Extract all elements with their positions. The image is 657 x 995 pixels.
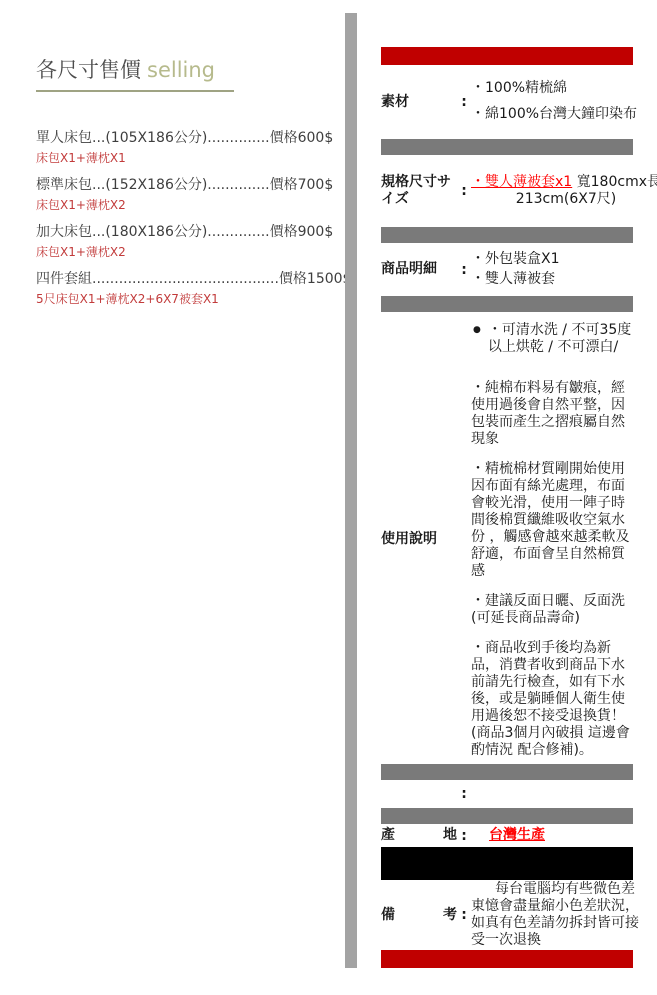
usage-list-item: ● ・可清水洗 / 不可35度以上烘乾 / 不可漂白/ <box>473 322 633 356</box>
price-item-set: 四件套組....................................… <box>36 270 341 307</box>
pricing-title-zh: 各尺寸售價 <box>36 58 141 82</box>
price-main: 標準床包...(152X186公分)..............價格700$ <box>36 176 341 195</box>
price-item-single: 單人床包...(105X186公分)..............價格600$ 床… <box>36 129 341 166</box>
usage-paragraph: ・純棉布料易有皺痕，經使用過後會自然平整，因包裝而產生之摺痕屬自然現象 <box>471 380 633 448</box>
spec-label-usage: 使用說明 <box>381 531 457 548</box>
price-list: 單人床包...(105X186公分)..............價格600$ 床… <box>36 129 341 307</box>
bullet-dot-icon: ● <box>473 322 481 356</box>
size-rest: 寬180cmx長 <box>572 174 657 190</box>
colon: : <box>457 94 471 110</box>
pricing-title: 各尺寸售價selling <box>36 57 341 83</box>
price-main: 四件套組....................................… <box>36 270 341 289</box>
vertical-divider-strip <box>345 13 357 968</box>
pricing-title-accent: selling <box>147 58 215 82</box>
usage-text: ・可清水洗 / 不可35度以上烘乾 / 不可漂白/ <box>488 322 633 356</box>
price-item-standard: 標準床包...(152X186公分)..............價格700$ 床… <box>36 176 341 213</box>
title-underline <box>36 90 234 92</box>
price-contents: 床包X1+薄枕X2 <box>36 244 341 260</box>
size-line: 213cm(6X7尺) <box>471 191 657 208</box>
material-item: ・100%精梳綿 <box>471 80 648 97</box>
colon: : <box>457 262 471 278</box>
colon: : <box>457 786 471 802</box>
usage-paragraph: ・商品收到手後均為新品，消費者收到商品下水前請先行檢查，如有下水後，或是躺睡個人… <box>471 640 633 759</box>
spec-row-size: 規格尺寸サイズ : ・雙人薄被套x1 寬180cmx長 213cm(6X7尺) <box>381 155 633 227</box>
colon: : <box>457 907 471 923</box>
separator-bar <box>381 808 633 824</box>
spec-value-usage: ● ・可清水洗 / 不可35度以上烘乾 / 不可漂白/ ・純棉布料易有皺痕，經使… <box>471 320 633 759</box>
spec-value-origin: 台灣生產 <box>471 827 648 844</box>
spec-row-empty: : <box>381 780 633 808</box>
price-item-large: 加大床包...(180X186公分)..............價格900$ 床… <box>36 223 341 260</box>
spec-label-size: 規格尺寸サイズ <box>381 174 457 208</box>
details-item: ・雙人薄被套 <box>471 271 648 288</box>
separator-bar <box>381 764 633 780</box>
spec-value-size: ・雙人薄被套x1 寬180cmx長 213cm(6X7尺) <box>471 174 657 208</box>
separator-bar <box>381 227 633 243</box>
usage-paragraph: ・建議反面日曬、反面洗(可延長商品壽命) <box>471 593 633 627</box>
separator-bar <box>381 296 633 312</box>
spec-value-remark: 每台電腦均有些微色差東憶會盡量縮小色差狀況，如真有色差請勿拆封皆可接受一次退換 <box>471 881 648 949</box>
spec-label-details: 商品明細 <box>381 261 457 278</box>
bottom-red-bar <box>381 950 633 968</box>
material-item: ・綿100%台灣大鐘印染布 <box>471 106 648 123</box>
pricing-section: 各尺寸售價selling 單人床包...(105X186公分).........… <box>36 57 341 317</box>
spec-row-remark: 備 考 : 每台電腦均有些微色差東憶會盡量縮小色差狀況，如真有色差請勿拆封皆可接… <box>381 880 633 950</box>
separator-bar <box>381 139 633 155</box>
usage-paragraph: ・精梳棉材質剛開始使用因布面有絲光處理，布面會較光滑，使用一陣子時間後棉質纖維吸… <box>471 461 633 580</box>
price-contents: 床包X1+薄枕X1 <box>36 150 341 166</box>
price-contents: 5尺床包X1+薄枕X2+6X7被套X1 <box>36 291 341 307</box>
price-contents: 床包X1+薄枕X2 <box>36 197 341 213</box>
spec-label-material: 素材 <box>381 94 457 111</box>
spec-value-material: ・100%精梳綿 ・綿100%台灣大鐘印染布 <box>471 72 648 132</box>
spec-table: 素材 : ・100%精梳綿 ・綿100%台灣大鐘印染布 規格尺寸サイズ : ・雙… <box>381 47 633 968</box>
spec-row-details: 商品明細 : ・外包裝盒X1 ・雙人薄被套 <box>381 243 633 296</box>
spec-row-material: 素材 : ・100%精梳綿 ・綿100%台灣大鐘印染布 <box>381 65 633 139</box>
price-main: 單人床包...(105X186公分)..............價格600$ <box>36 129 341 148</box>
colon: : <box>457 828 471 844</box>
spec-label-remark: 備 考 <box>381 907 457 924</box>
price-main: 加大床包...(180X186公分)..............價格900$ <box>36 223 341 242</box>
details-item: ・外包裝盒X1 <box>471 251 648 268</box>
colon: : <box>457 183 471 199</box>
black-bar <box>381 847 633 880</box>
spec-value-details: ・外包裝盒X1 ・雙人薄被套 <box>471 248 648 291</box>
spec-row-usage: 使用說明 ● ・可清水洗 / 不可35度以上烘乾 / 不可漂白/ ・純棉布料易有… <box>381 312 633 764</box>
spec-label-origin: 產 地 <box>381 827 457 844</box>
spec-row-origin: 產 地 : 台灣生產 <box>381 824 633 847</box>
size-highlight: ・雙人薄被套x1 <box>471 174 572 190</box>
size-line: ・雙人薄被套x1 寬180cmx長 <box>471 174 657 191</box>
top-red-bar <box>381 47 633 65</box>
